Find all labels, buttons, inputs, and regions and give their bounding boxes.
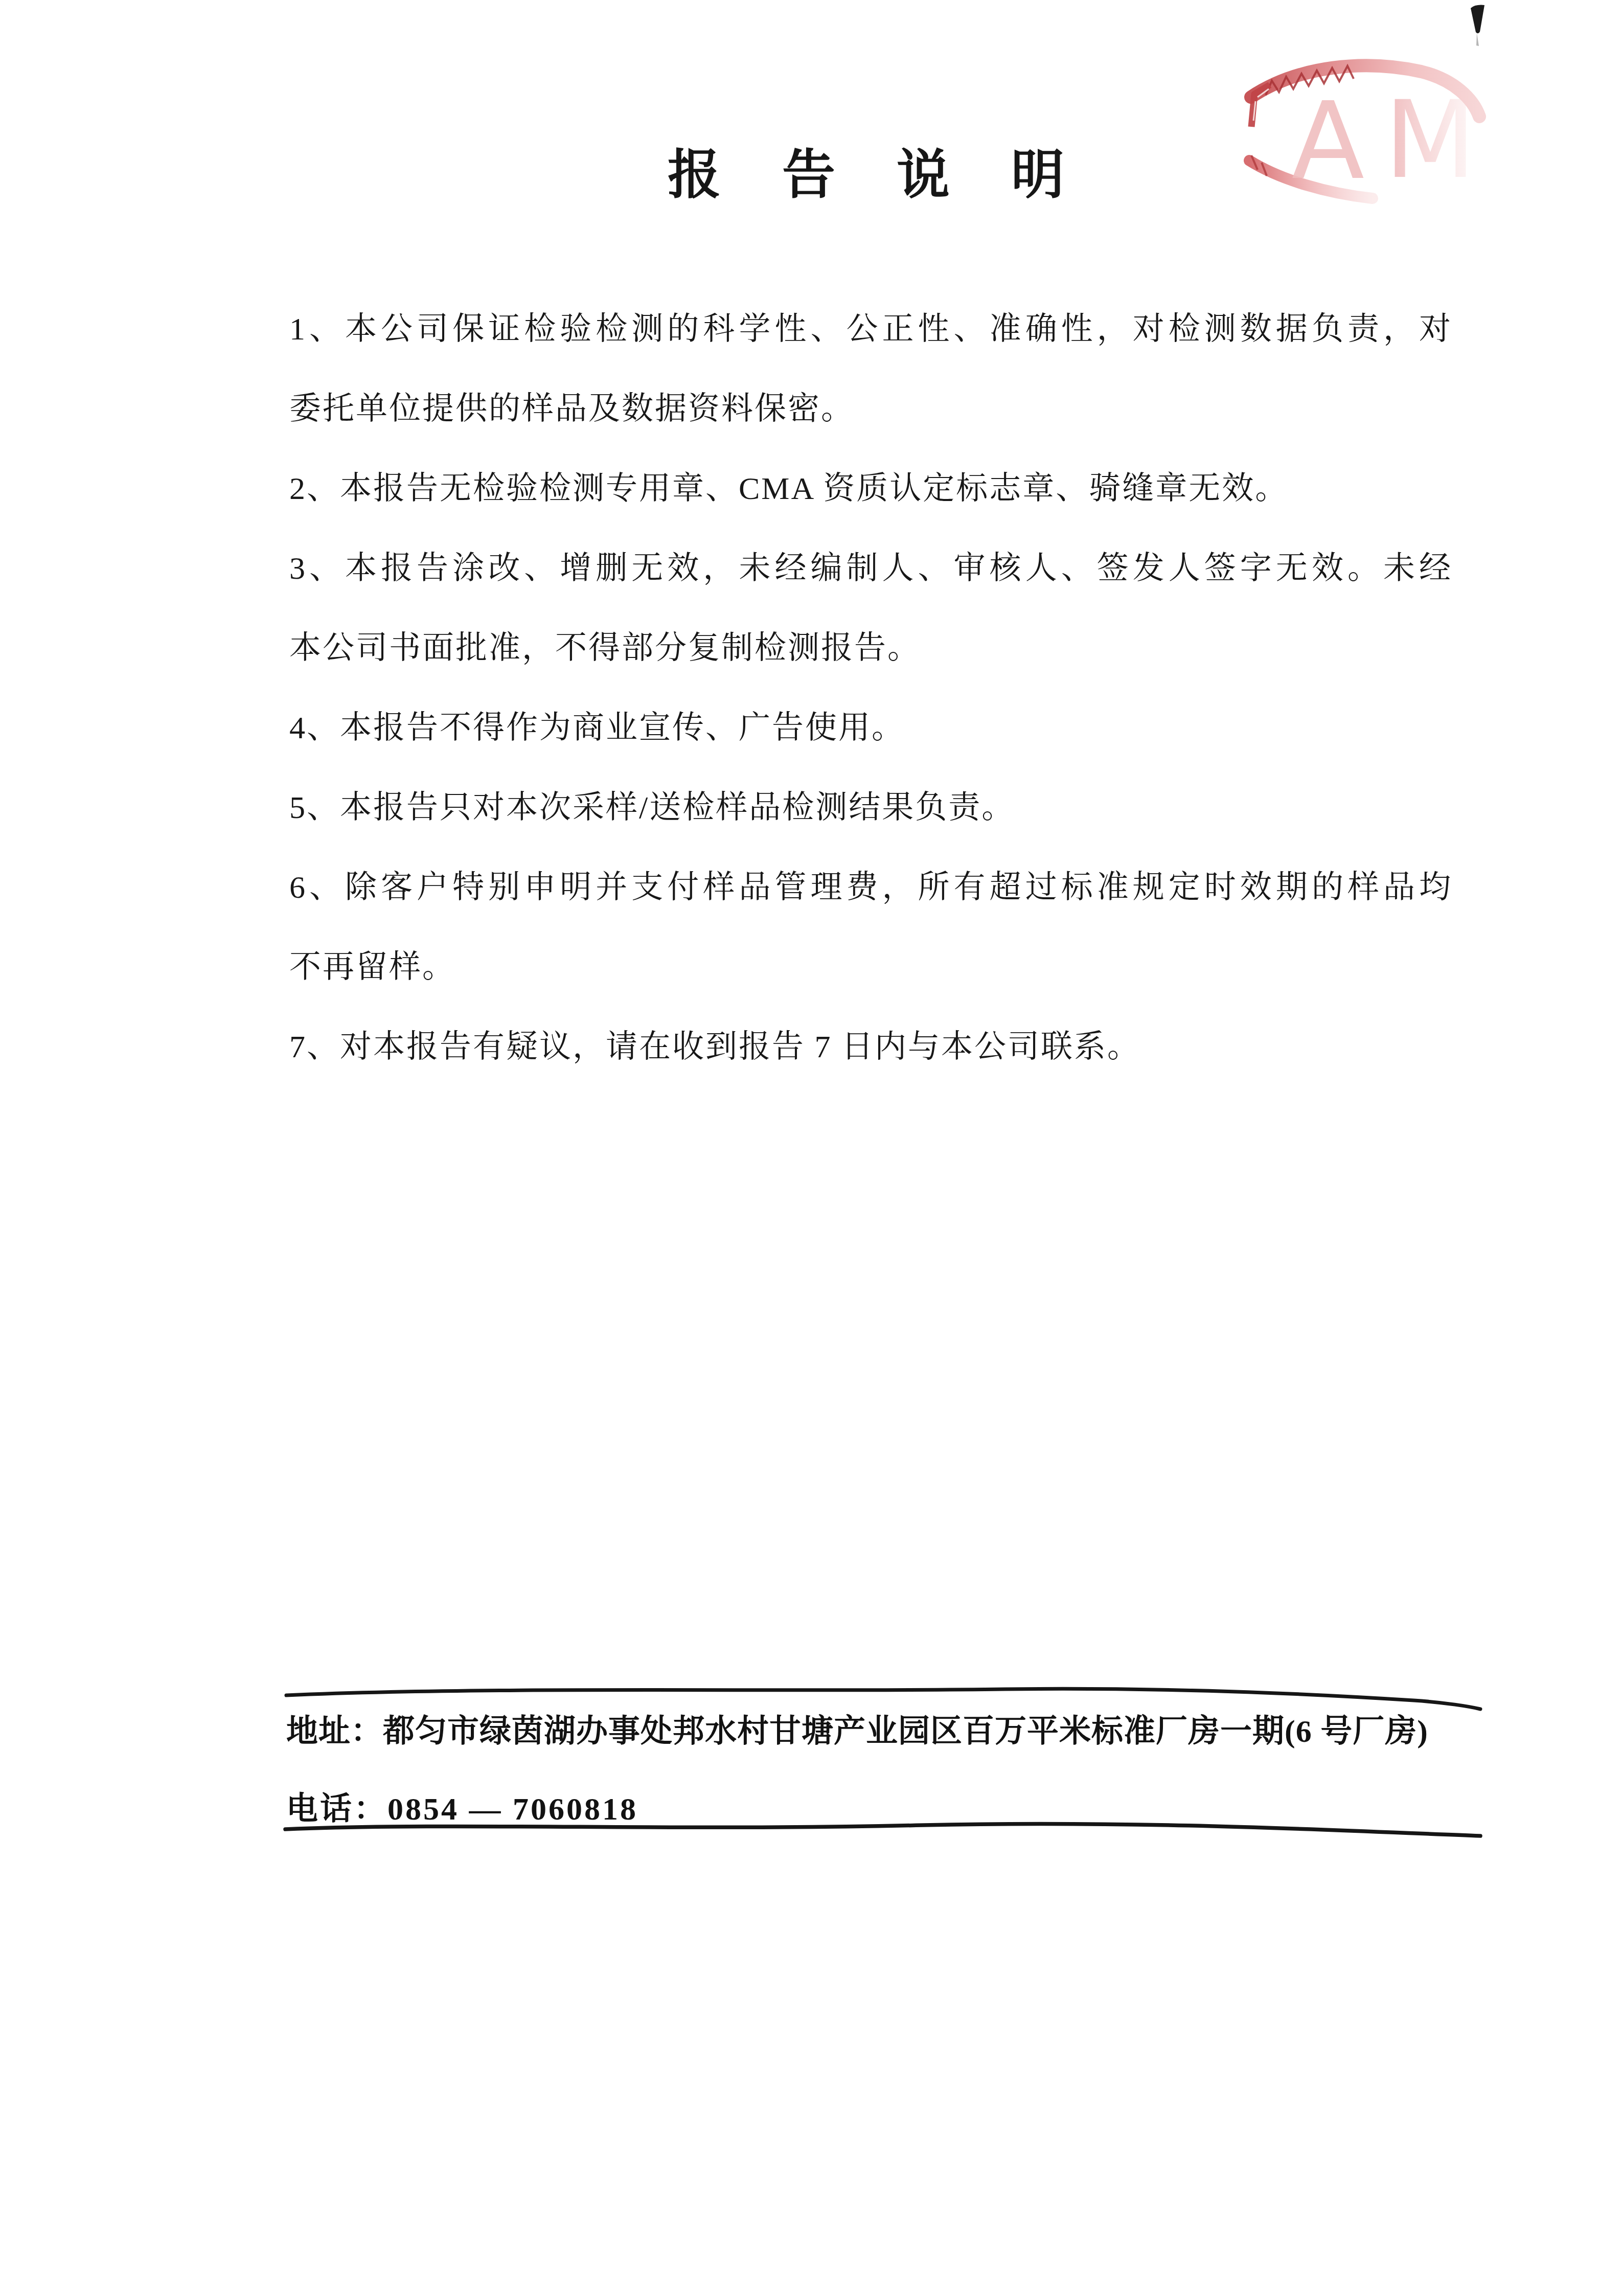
notes-list: 1、本公司保证检验检测的科学性、公正性、准确性，对检测数据负责，对 委托单位提供… — [289, 289, 1451, 1087]
cma-stamp: A M — [1222, 44, 1534, 218]
note-6-line-1: 6、除客户特别申明并支付样品管理费，所有超过标准规定时效期的样品均 — [289, 848, 1451, 927]
report-notes-page: A M 报告说明 1、本公司保证检验检测的科学性、公正性、准确性，对检测数据负责… — [0, 0, 1622, 2296]
footer-address: 地址：都匀市绿茵湖办事处邦水村甘塘产业园区百万平米标准厂房一期(6 号厂房) — [286, 1706, 1488, 1751]
footer-phone: 电话：0854 — 7060818 — [286, 1783, 638, 1829]
page-title: 报告说明 — [668, 132, 1126, 209]
note-4-line-1: 4、本报告不得作为商业宣传、广告使用。 — [289, 688, 1451, 768]
note-1-line-2: 委托单位提供的样品及数据资料保密。 — [289, 369, 1451, 449]
stamp-letter-a: A — [1292, 80, 1364, 203]
note-7-line-1: 7、对本报告有疑议，请在收到报告 7 日内与本公司联系。 — [289, 1007, 1451, 1087]
note-5-line-1: 5、本报告只对本次采样/送检样品检测结果负责。 — [289, 768, 1451, 848]
note-1-line-1: 1、本公司保证检验检测的科学性、公正性、准确性，对检测数据负责，对 — [289, 289, 1451, 369]
note-2-line-1: 2、本报告无检验检测专用章、CMA 资质认定标志章、骑缝章无效。 — [289, 449, 1451, 529]
note-6-line-2: 不再留样。 — [289, 927, 1451, 1007]
ink-mark — [1468, 3, 1491, 49]
note-3-line-2: 本公司书面批准，不得部分复制检测报告。 — [289, 608, 1451, 688]
note-3-line-1: 3、本报告涂改、增删无效，未经编制人、审核人、签发人签字无效。未经 — [289, 529, 1451, 608]
stamp-letter-m: M — [1384, 79, 1476, 202]
